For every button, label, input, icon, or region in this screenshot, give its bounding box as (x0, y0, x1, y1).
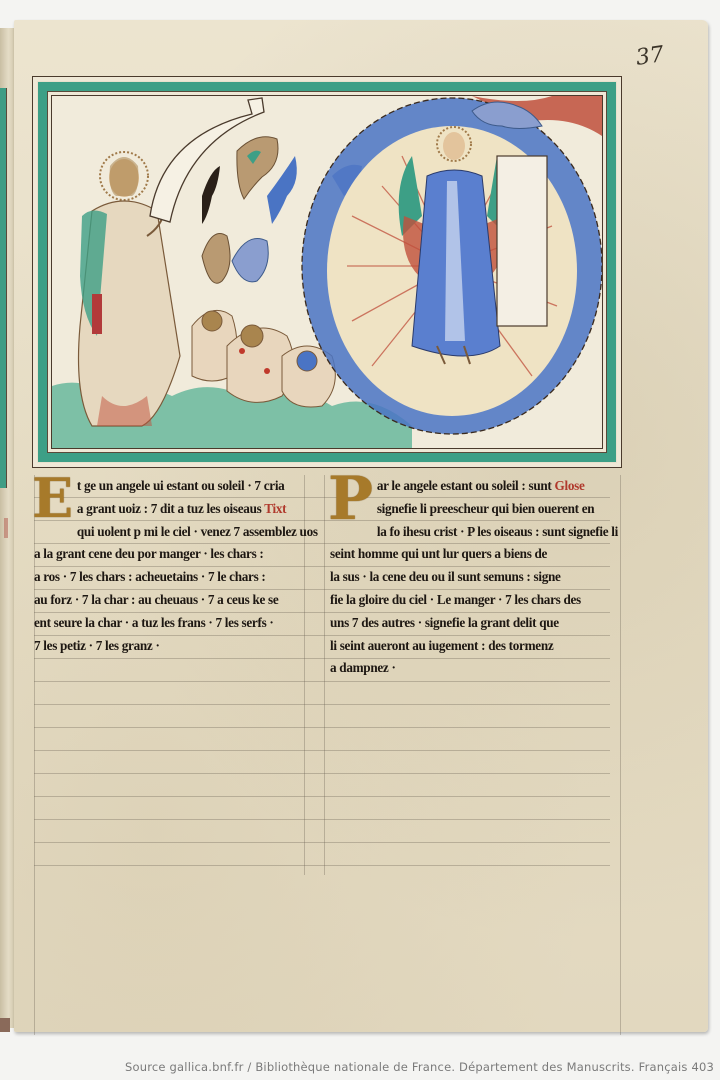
text-line: seint homme qui unt lur quers a biens de (330, 543, 620, 566)
gold-initial-p: P (328, 473, 373, 525)
text-line: a ros · 7 les chars : acheuetains · 7 le… (34, 566, 309, 589)
text-line: qui uolent p mi le ciel · venez 7 assemb… (34, 521, 309, 544)
text-line: fie la gloire du ciel · Le manger · 7 le… (330, 589, 620, 612)
text-line: la fo ihesu crist · P les oiseaus : sunt… (330, 521, 620, 544)
text-line: la sus · la cene deu ou il sunt semuns :… (330, 566, 620, 589)
text-line: au forz · 7 la char : au cheuaus · 7 a c… (34, 589, 309, 612)
text-line: ent seure la char · a tuz les frans · 7 … (34, 612, 309, 635)
previous-page-miniature-border (0, 88, 7, 488)
text-line: 7 les petiz · 7 les granz · (34, 635, 309, 658)
text-line: signefie li preescheur qui bien ouerent … (330, 498, 620, 521)
rubric-label: Tixt (264, 501, 286, 516)
miniature-scene (51, 95, 603, 449)
source-credit: Source gallica.bnf.fr / Bibliothèque nat… (125, 1060, 714, 1074)
blank-scroll-icon (497, 156, 547, 326)
rubric-label: Glose (555, 478, 585, 493)
text-line: uns 7 des autres · signefie la grant del… (330, 612, 620, 635)
folio-number: 37 (634, 42, 665, 71)
miniature-painting (52, 96, 602, 448)
left-text-column: E t ge un angele ui estant ou soleil · 7… (34, 475, 309, 657)
text-line: a la grant cene deu por manger · les cha… (34, 543, 309, 566)
gold-initial-e: E (32, 473, 73, 523)
text-line: li seint aueront au iugement : des torme… (330, 635, 620, 658)
previous-page-edge (0, 28, 15, 1028)
manuscript-folio: 37 (14, 20, 708, 1032)
text-line: a grant uoiz : 7 dit a tuz les oiseaus T… (34, 498, 309, 521)
right-text-column: P ar le angele estant ou soleil : sunt G… (330, 475, 620, 680)
miniature-illustration (32, 76, 622, 468)
previous-page-rubric-mark (4, 518, 8, 538)
text-line: t ge un angele ui estant ou soleil · 7 c… (34, 475, 309, 498)
text-line: a dampnez · (330, 657, 620, 680)
text-line: ar le angele estant ou soleil : sunt Glo… (330, 475, 620, 498)
binding-edge (0, 1018, 10, 1032)
text-block: E t ge un angele ui estant ou soleil · 7… (34, 475, 610, 805)
